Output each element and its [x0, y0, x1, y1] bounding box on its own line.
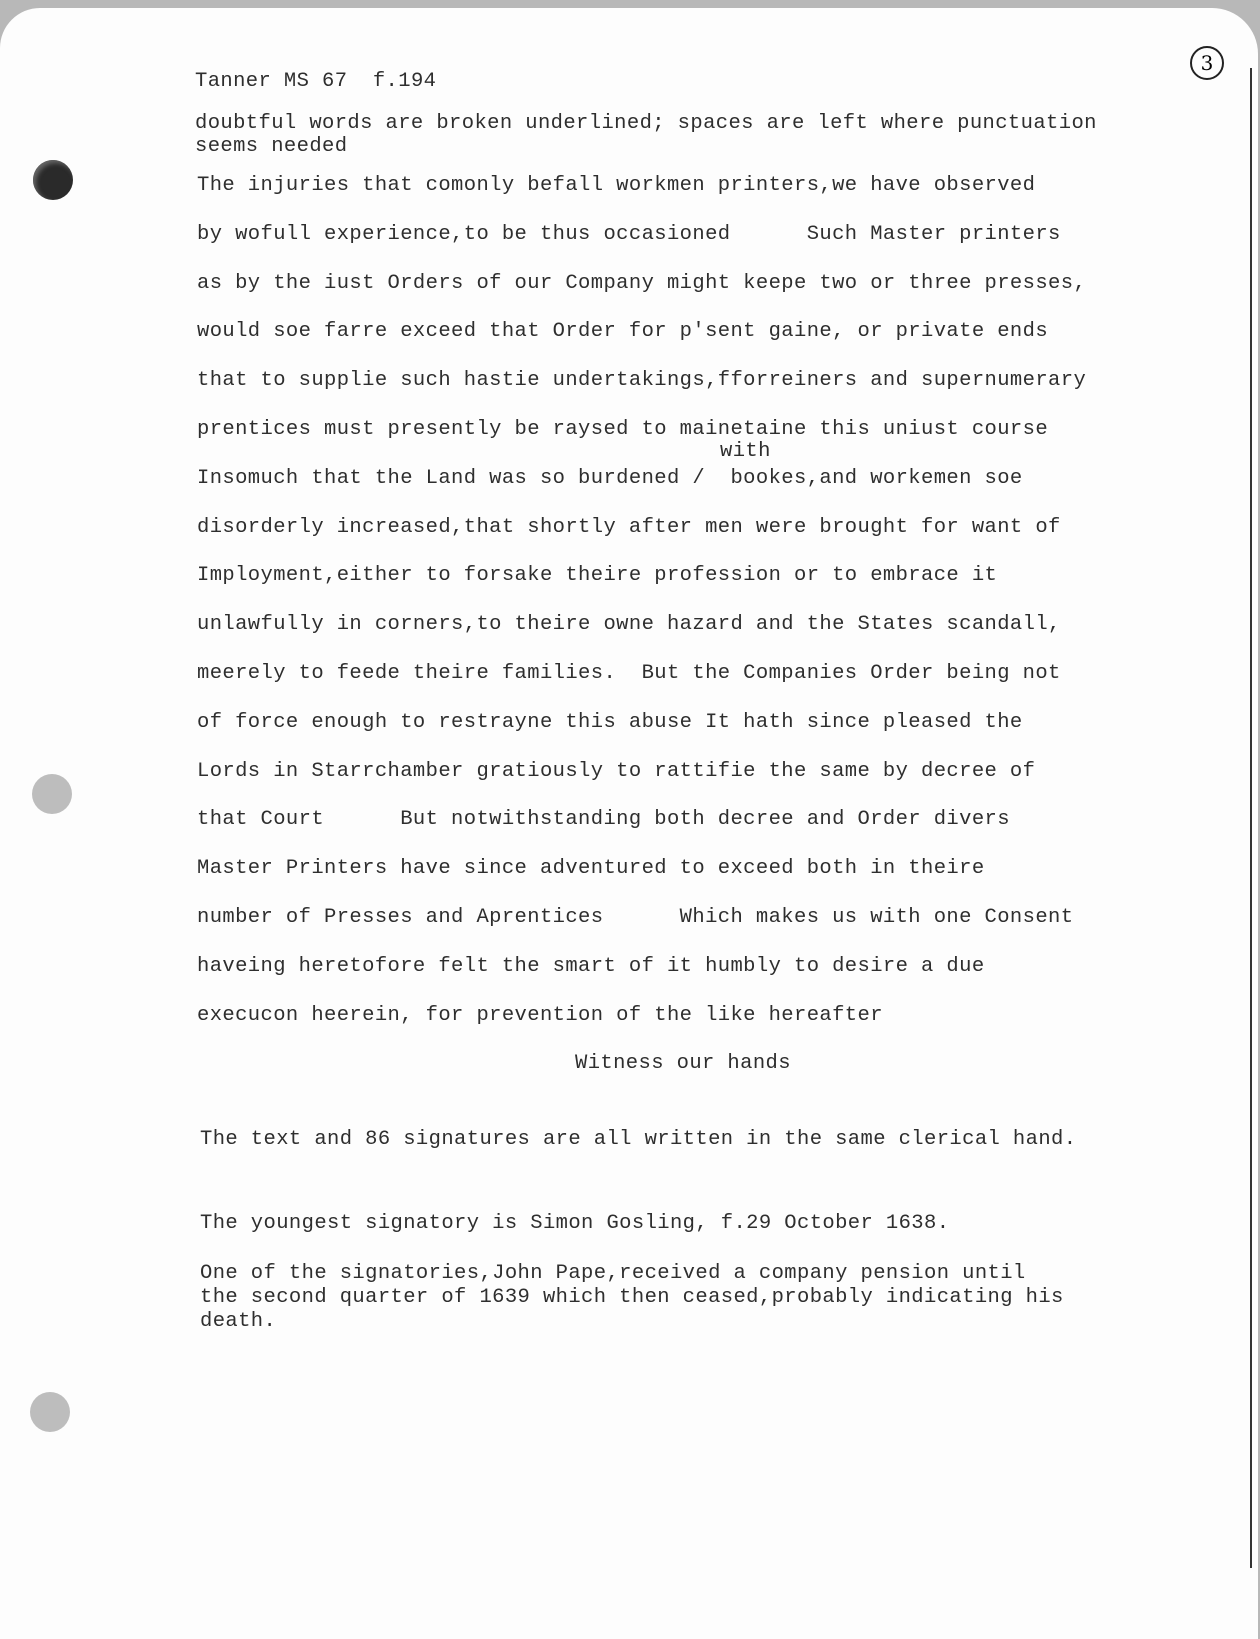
note-line: seems needed	[195, 135, 347, 158]
transcription-line: haveing heretofore felt the smart of it …	[197, 955, 985, 978]
page-number: 3	[1190, 46, 1224, 80]
closing-line: Witness our hands	[575, 1052, 791, 1075]
transcription-line: Imployment,either to forsake theire prof…	[197, 564, 997, 587]
note-line: doubtful words are broken underlined; sp…	[195, 112, 1097, 135]
transcription-line: meerely to feede theire families. But th…	[197, 662, 1061, 685]
transcription-line: disorderly increased,that shortly after …	[197, 516, 1061, 539]
transcription-line: prentices must presently be raysed to ma…	[197, 418, 1048, 441]
scanned-page: 3 Tanner MS 67 f.194 doubtful words are …	[0, 8, 1258, 1639]
transcription-line: number of Presses and Aprentices Which m…	[197, 906, 1073, 929]
transcription-line: by wofull experience,to be thus occasion…	[197, 223, 1061, 246]
transcription-line: unlawfully in corners,to theire owne haz…	[197, 613, 1061, 636]
transcription-line: Master Printers have since adventured to…	[197, 857, 985, 880]
manuscript-reference: Tanner MS 67 f.194	[195, 70, 436, 93]
transcription-line: of force enough to restrayne this abuse …	[197, 711, 1023, 734]
transcription-line: as by the iust Orders of our Company mig…	[197, 272, 1086, 295]
footnote-line: The youngest signatory is Simon Gosling,…	[200, 1212, 949, 1235]
footnote-line: One of the signatories,John Pape,receive…	[200, 1262, 1026, 1285]
punch-hole	[33, 160, 73, 200]
transcription-line: Insomuch that the Land was so burdened /…	[197, 467, 1023, 490]
transcription-line: Lords in Starrchamber gratiously to ratt…	[197, 760, 1035, 783]
footnote-line: The text and 86 signatures are all writt…	[200, 1128, 1076, 1151]
footnote-line: death.	[200, 1310, 276, 1333]
punch-hole	[32, 774, 72, 814]
transcription-line: that to supplie such hastie undertakings…	[197, 369, 1086, 392]
transcription-line: The injuries that comonly befall workmen…	[197, 174, 1035, 197]
scan-edge	[1250, 68, 1252, 1568]
transcription-line: that Court But notwithstanding both decr…	[197, 808, 1010, 831]
insertion-word: with	[720, 440, 771, 463]
transcription-line: execucon heerein, for prevention of the …	[197, 1004, 883, 1027]
transcription-line: would soe farre exceed that Order for p'…	[197, 320, 1048, 343]
footnote-line: the second quarter of 1639 which then ce…	[200, 1286, 1064, 1309]
punch-hole	[30, 1392, 70, 1432]
